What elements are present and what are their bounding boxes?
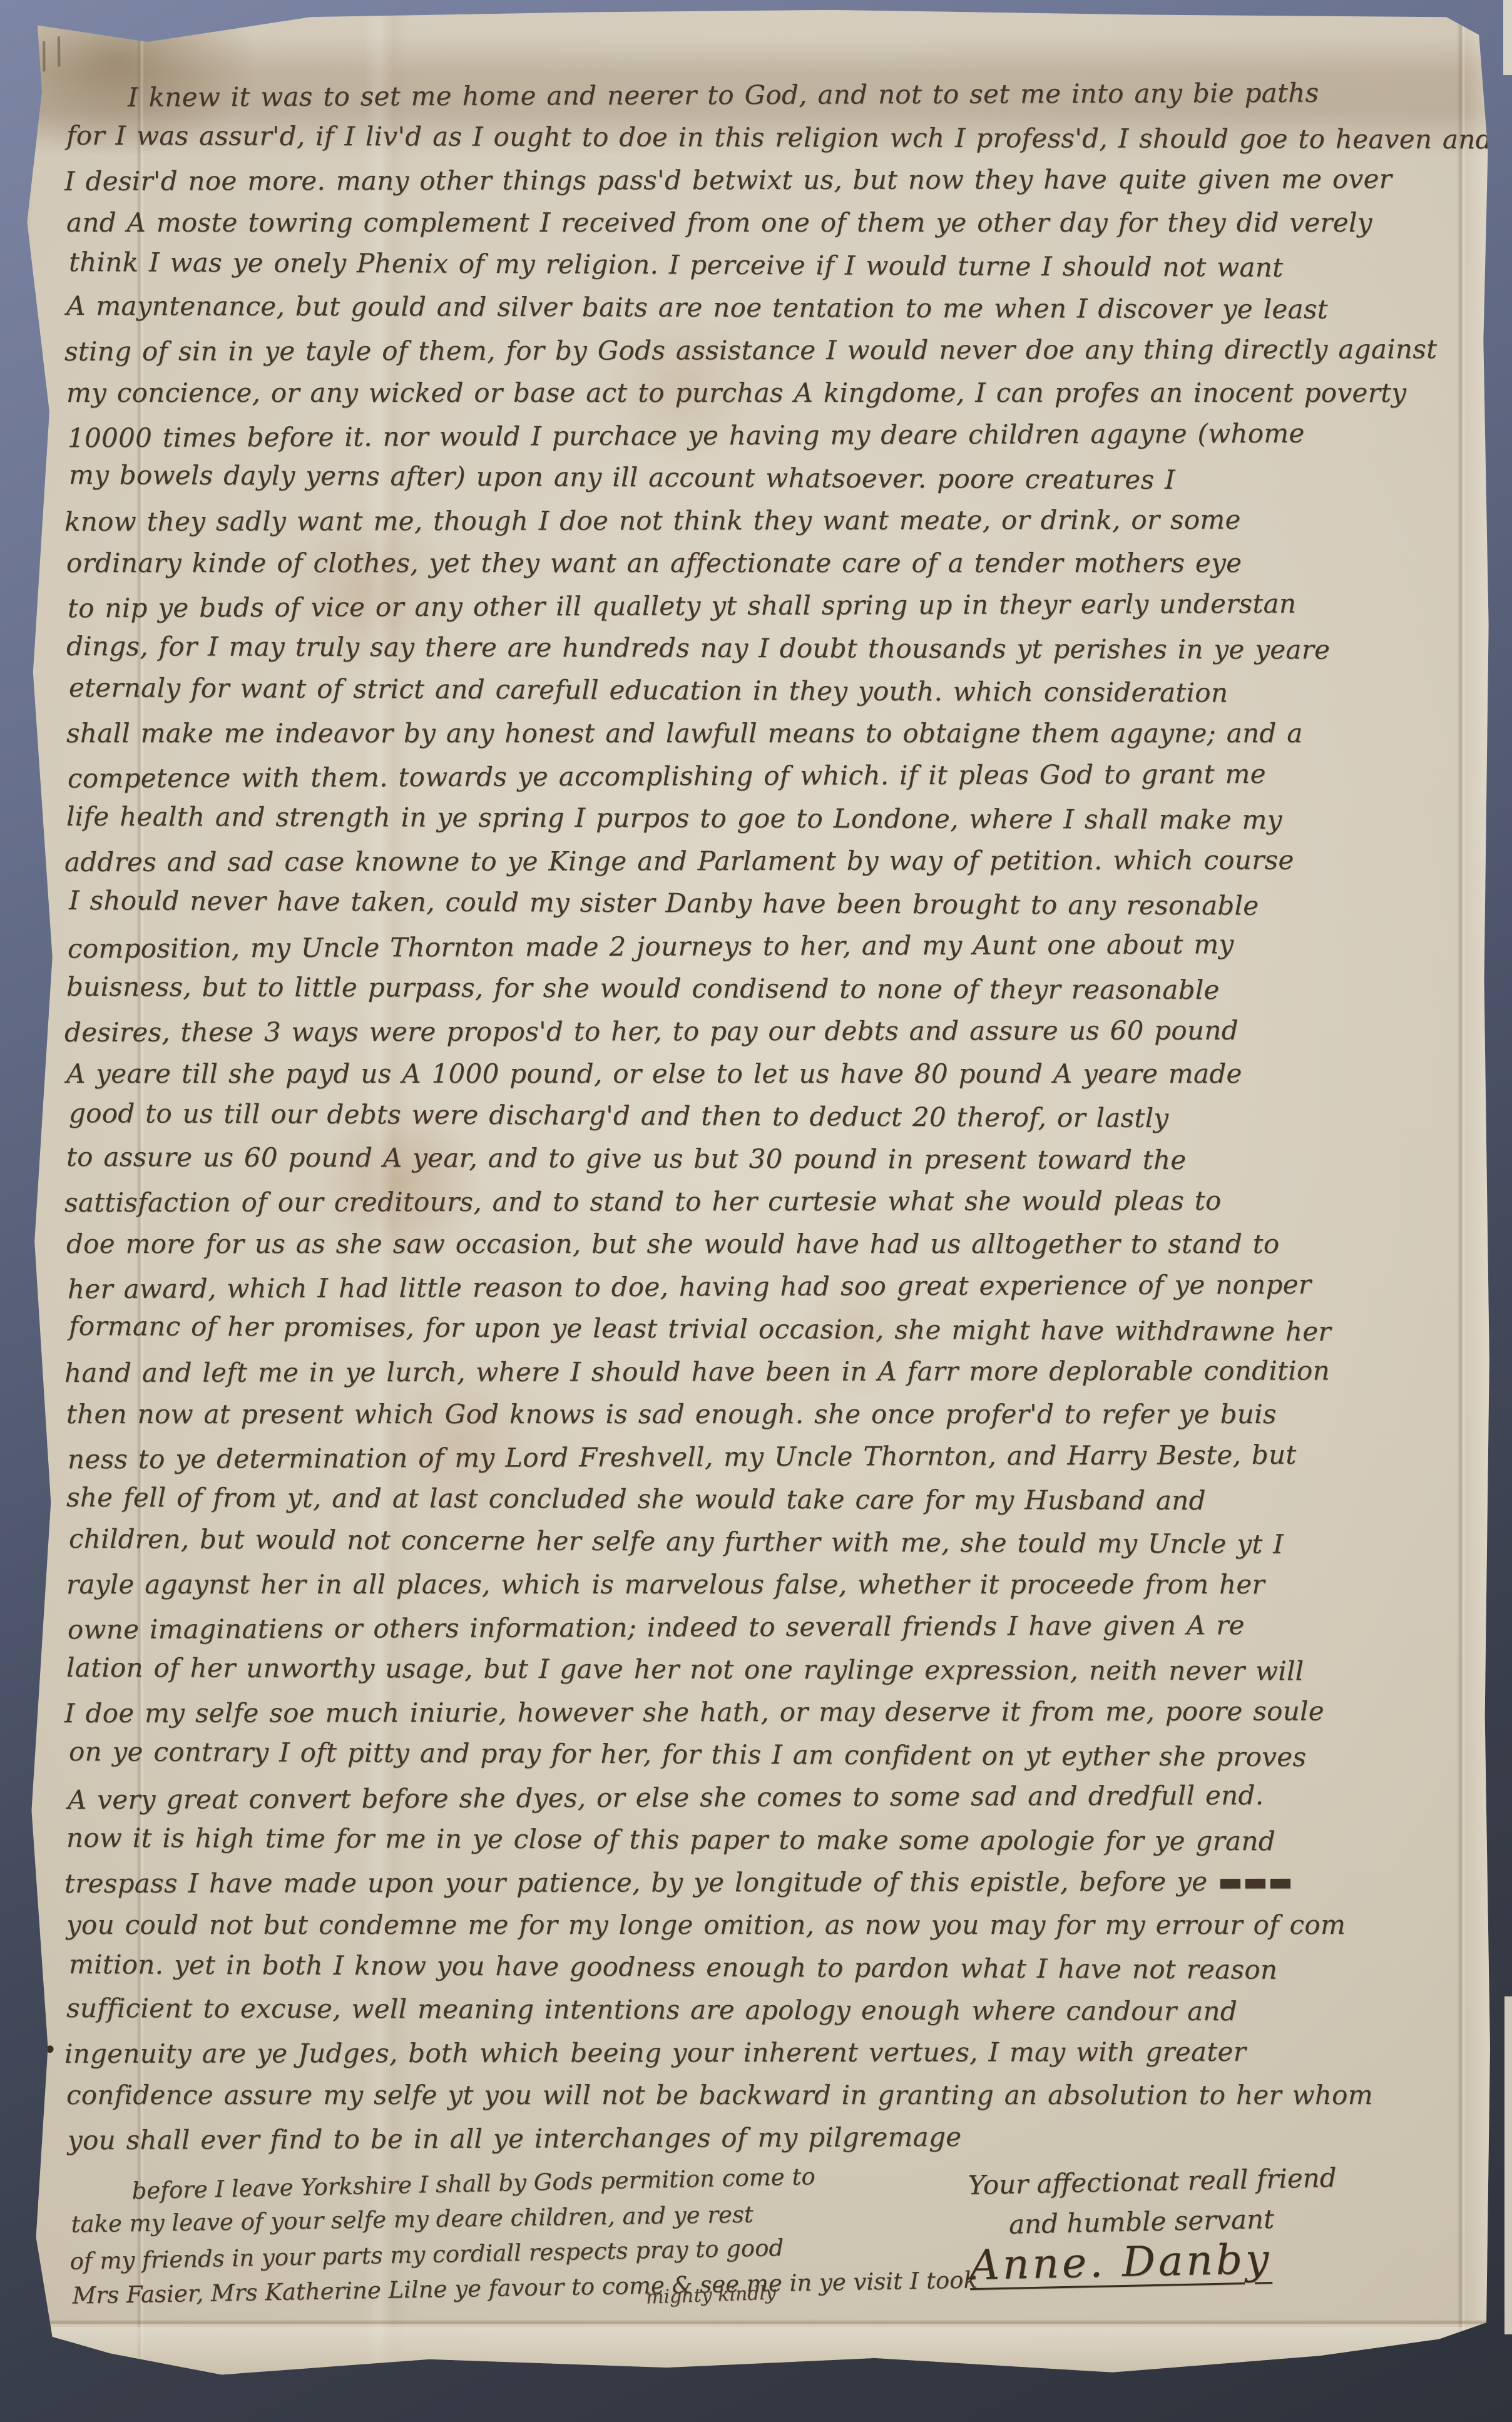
manuscript-line: know they sadly want me, though I doe no… bbox=[64, 498, 1459, 543]
manuscript-line: to nip ye buds of vice or any other ill … bbox=[68, 582, 1462, 630]
manuscript-line: I doe my selfe soe much iniurie, however… bbox=[64, 1690, 1459, 1735]
valediction-block: Your affectionat reall friend and humble… bbox=[968, 2158, 1339, 2286]
manuscript-line: competence with them. towards ye accompl… bbox=[68, 752, 1462, 800]
manuscript-line: on ye contrary I oft pitty and pray for … bbox=[69, 1730, 1463, 1779]
manuscript-line: I desir'd noe more. many other things pa… bbox=[64, 158, 1459, 203]
manuscript-line: I should never have taken, could my sist… bbox=[69, 879, 1463, 928]
bottom-fold-crease bbox=[14, 2319, 1498, 2327]
manuscript-line: ordinary kinde of clothes, yet they want… bbox=[66, 542, 1461, 585]
manuscript-line: and A moste towring complement I receive… bbox=[66, 202, 1461, 244]
manuscript-line: 10000 times before it. nor would I purch… bbox=[68, 412, 1462, 460]
manuscript-line: think I was ye onely Phenix of my religi… bbox=[69, 241, 1463, 290]
manuscript-line: now it is high time for me in ye close o… bbox=[66, 1817, 1461, 1863]
manuscript-line: confidence assure my selfe yt you will n… bbox=[66, 2074, 1461, 2117]
manuscript-line: sattisfaction of our creditours, and to … bbox=[64, 1179, 1459, 1224]
manuscript-line: composition, my Uncle Thornton made 2 jo… bbox=[68, 922, 1462, 971]
manuscript-line: my bowels dayly yerns after) upon any il… bbox=[69, 454, 1463, 503]
manuscript-line: A yeare till she payd us A 1000 pound, o… bbox=[66, 1053, 1461, 1095]
manuscript-line: then now at present which God knows is s… bbox=[66, 1393, 1461, 1436]
manuscript-line: life health and strength in ye spring I … bbox=[66, 795, 1461, 842]
manuscript-line: ness to ye determination of my Lord Fres… bbox=[68, 1433, 1462, 1481]
closing-postscript-block: before I leave Yorkshire I shall by Gods… bbox=[70, 2157, 978, 2313]
manuscript-line: buisness, but to little purpass, for she… bbox=[66, 966, 1461, 1012]
manuscript-line: shall make me indeavor by any honest and… bbox=[66, 712, 1461, 755]
manuscript-line: she fell of from yt, and at last conclud… bbox=[66, 1476, 1461, 1523]
manuscript-line: dings, for I may truly say there are hun… bbox=[66, 625, 1461, 672]
manuscript-line: mition. yet in both I know you have good… bbox=[69, 1943, 1463, 1992]
manuscript-line: good to us till our debts were discharg'… bbox=[69, 1092, 1463, 1141]
manuscript-line: addres and sad case knowne to ye Kinge a… bbox=[64, 839, 1459, 884]
adjacent-page-sliver-bottom bbox=[1504, 1996, 1512, 2334]
manuscript-line: my concience, or any wicked or base act … bbox=[66, 372, 1461, 414]
manuscript-line: A mayntenance, but gould and silver bait… bbox=[66, 285, 1461, 331]
manuscript-line: ingenuity are ye Judges, both which beei… bbox=[64, 2030, 1459, 2075]
manuscript-line: eternaly for want of strict and carefull… bbox=[69, 667, 1463, 715]
manuscript-line: you shall ever find to be in all ye inte… bbox=[68, 2114, 1462, 2162]
photograph-of-letter: ∕∕ I knew it was to set me home and neer… bbox=[0, 0, 1512, 2422]
manuscript-line: for I was assur'd, if I liv'd as I ought… bbox=[66, 115, 1461, 161]
manuscript-line: trespass I have made upon your patience,… bbox=[64, 1860, 1459, 1905]
manuscript-line: sufficient to excuse, well meaning inten… bbox=[66, 1987, 1461, 2033]
adjacent-page-sliver-top bbox=[1503, 0, 1512, 75]
manuscript-line: formanc of her promises, for upon ye lea… bbox=[69, 1305, 1463, 1354]
manuscript-line: children, but would not concerne her sel… bbox=[69, 1518, 1463, 1566]
manuscript-line: doe more for us as she saw occasion, but… bbox=[66, 1223, 1461, 1265]
manuscript-line: her award, which I had little reason to … bbox=[68, 1263, 1462, 1311]
interlined-note: mighty kindly bbox=[645, 2282, 776, 2308]
manuscript-line: lation of her unworthy usage, but I gave… bbox=[66, 1647, 1461, 1693]
manuscript-line: sting of sin in ye tayle of them, for by… bbox=[64, 328, 1459, 373]
manuscript-line: I knew it was to set me home and neerer … bbox=[68, 71, 1462, 120]
manuscript-line: hand and left me in ye lurch, where I sh… bbox=[64, 1349, 1459, 1394]
signature: Anne. Danby bbox=[969, 2238, 1339, 2286]
letter-sheet: ∕∕ I knew it was to set me home and neer… bbox=[14, 9, 1498, 2379]
manuscript-line: owne imaginatiens or others information;… bbox=[68, 1603, 1462, 1652]
manuscript-line: to assure us 60 pound A year, and to giv… bbox=[66, 1136, 1461, 1182]
manuscript-line: you could not but condemne me for my lon… bbox=[66, 1904, 1461, 1946]
manuscript-line: desires, these 3 ways were propos'd to h… bbox=[64, 1009, 1459, 1054]
valediction-line: Your affectionat reall friend bbox=[968, 2158, 1337, 2205]
manuscript-line: rayle agaynst her in all places, which i… bbox=[66, 1563, 1461, 1606]
manuscript-line: A very great convert before she dyes, or… bbox=[68, 1774, 1462, 1822]
letter-body: I knew it was to set me home and neerer … bbox=[66, 74, 1461, 2159]
